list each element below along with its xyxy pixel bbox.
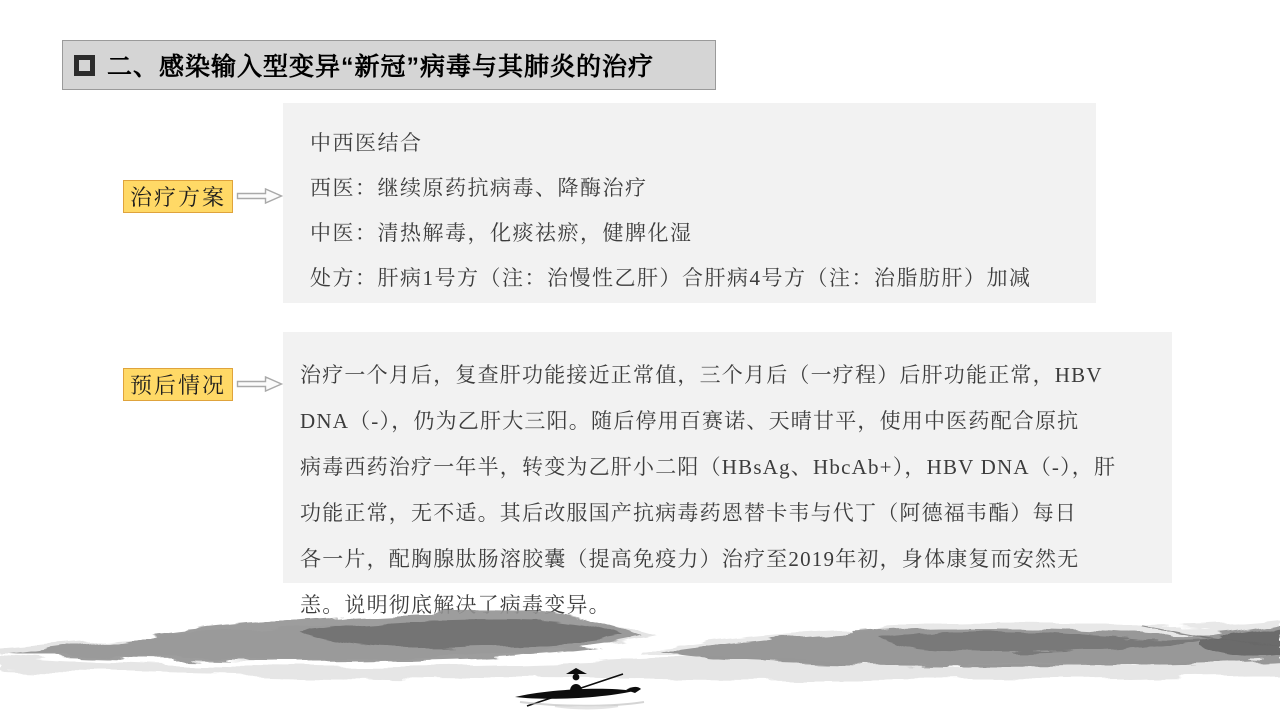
slide-title-bar: 二、感染输入型变异“新冠”病毒与其肺炎的治疗 [62,40,716,90]
text-line: 中医：清热解毒，化痰祛瘀，健脾化湿 [310,211,1032,256]
left-mountain [10,613,645,660]
text-line: 中西医结合 [310,121,1032,166]
text-line: 西医：继续原药抗病毒、降酶治疗 [310,166,1032,211]
label-treatment-plan: 治疗方案 [123,180,233,213]
right-block-arrow-icon [236,375,284,393]
prognosis-text: 治疗一个月后，复查肝功能接近正常值，三个月后（一疗程）后肝功能正常，HBV DN… [300,352,1116,628]
right-block-arrow-icon [236,187,284,205]
text-line: 治疗一个月后，复查肝功能接近正常值，三个月后（一疗程）后肝功能正常，HBV [300,352,1116,398]
text-line: DNA（-），仍为乙肝大三阳。随后停用百赛诺、天晴甘平，使用中医药配合原抗 [300,398,1116,444]
text-line: 处方：肝病1号方（注：治慢性乙肝）合肝病4号方（注：治脂肪肝）加减 [310,256,1032,301]
label-prognosis: 预后情况 [123,368,233,401]
text-line: 病毒西药治疗一年半，转变为乙肝小二阳（HBsAg、HbcAb+），HBV DNA… [300,444,1116,490]
ink-wash-mountains-decoration [0,598,1280,720]
slide-title: 二、感染输入型变异“新冠”病毒与其肺炎的治疗 [107,47,654,83]
text-line: 功能正常，无不适。其后改服国产抗病毒药恩替卡韦与代丁（阿德福韦酯）每日 [300,490,1116,536]
text-line: 各一片，配胸腺肽肠溶胶囊（提高免疫力）治疗至2019年初，身体康复而安然无 [300,536,1116,582]
presentation-slide: 二、感染输入型变异“新冠”病毒与其肺炎的治疗 治疗方案 中西医结合 西医：继续原… [0,0,1280,720]
treatment-plan-text: 中西医结合 西医：继续原药抗病毒、降酶治疗 中医：清热解毒，化痰祛瘀，健脾化湿 … [310,121,1032,301]
hollow-square-bullet-icon [74,55,95,76]
